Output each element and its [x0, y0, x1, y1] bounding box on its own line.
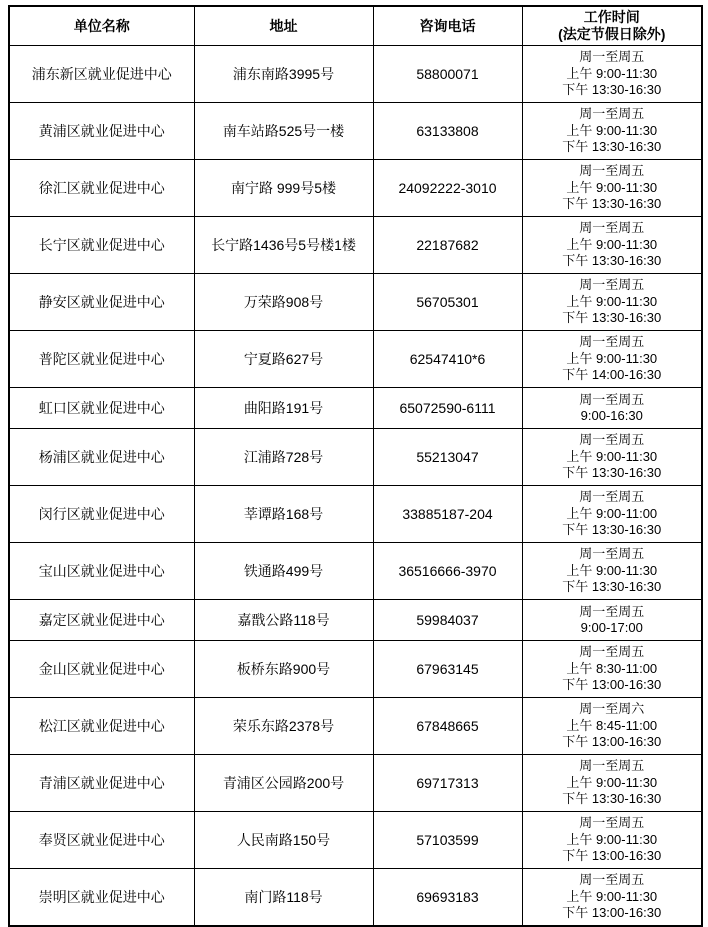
work-time-line: 周一至周五 — [527, 872, 698, 889]
address-cell: 荣乐东路2378号 — [194, 698, 373, 755]
work-time-cell: 周一至周五上午 9:00-11:30下午 13:30-16:30 — [522, 755, 702, 812]
unit-name-cell: 普陀区就业促进中心 — [9, 331, 194, 388]
address-cell: 万荣路908号 — [194, 274, 373, 331]
work-time: 周一至周五上午 9:00-11:30下午 13:00-16:30 — [527, 815, 698, 865]
phone-number: 33885187-204 — [402, 506, 492, 522]
table-row: 虹口区就业促进中心 曲阳路191号 65072590-6111 周一至周五9:0… — [9, 388, 702, 429]
work-time-cell: 周一至周五9:00-16:30 — [522, 388, 702, 429]
unit-name-cell: 静安区就业促进中心 — [9, 274, 194, 331]
work-time-line: 周一至周五 — [527, 815, 698, 832]
work-time-line: 周一至周五 — [527, 220, 698, 237]
address-cell: 铁通路499号 — [194, 543, 373, 600]
unit-name: 杨浦区就业促进中心 — [39, 449, 165, 465]
work-time-cell: 周一至周五上午 9:00-11:00下午 13:30-16:30 — [522, 486, 702, 543]
table-row: 宝山区就业促进中心 铁通路499号 36516666-3970 周一至周五上午 … — [9, 543, 702, 600]
work-time-line: 周一至周五 — [527, 546, 698, 563]
work-time-line: 周一至周五 — [527, 644, 698, 661]
phone-number: 36516666-3970 — [398, 563, 496, 579]
table-row: 长宁区就业促进中心 长宁路1436号5号楼1楼 22187682 周一至周五上午… — [9, 217, 702, 274]
column-header-line: 工作时间 — [527, 9, 698, 26]
work-time-cell: 周一至周五上午 9:00-11:30下午 13:30-16:30 — [522, 46, 702, 103]
table-row: 奉贤区就业促进中心 人民南路150号 57103599 周一至周五上午 9:00… — [9, 812, 702, 869]
column-header-line: (法定节假日除外) — [527, 26, 698, 43]
unit-name-cell: 奉贤区就业促进中心 — [9, 812, 194, 869]
unit-name: 嘉定区就业促进中心 — [39, 612, 165, 628]
address: 浦东南路3995号 — [233, 66, 334, 82]
work-time-line: 下午 13:30-16:30 — [527, 791, 698, 808]
phone-number: 24092222-3010 — [398, 180, 496, 196]
work-time-line: 下午 13:00-16:30 — [527, 905, 698, 922]
table-row: 崇明区就业促进中心 南门路118号 69693183 周一至周五上午 9:00-… — [9, 869, 702, 927]
phone-number: 58800071 — [416, 66, 478, 82]
work-time: 周一至周六上午 8:45-11:00下午 13:00-16:30 — [527, 701, 698, 751]
work-time-line: 上午 9:00-11:30 — [527, 351, 698, 368]
work-time-line: 下午 13:30-16:30 — [527, 579, 698, 596]
work-time-cell: 周一至周五上午 8:30-11:00下午 13:00-16:30 — [522, 641, 702, 698]
table-row: 普陀区就业促进中心 宁夏路627号 62547410*6 周一至周五上午 9:0… — [9, 331, 702, 388]
unit-name-cell: 松江区就业促进中心 — [9, 698, 194, 755]
work-time-cell: 周一至周五上午 9:00-11:30下午 13:30-16:30 — [522, 160, 702, 217]
phone-cell: 63133808 — [373, 103, 522, 160]
phone-number: 57103599 — [416, 832, 478, 848]
work-time-line: 下午 14:00-16:30 — [527, 367, 698, 384]
phone-cell: 22187682 — [373, 217, 522, 274]
unit-name: 闵行区就业促进中心 — [39, 506, 165, 522]
address-cell: 长宁路1436号5号楼1楼 — [194, 217, 373, 274]
unit-name-cell: 徐汇区就业促进中心 — [9, 160, 194, 217]
table-row: 松江区就业促进中心 荣乐东路2378号 67848665 周一至周六上午 8:4… — [9, 698, 702, 755]
unit-name-cell: 长宁区就业促进中心 — [9, 217, 194, 274]
unit-name: 虹口区就业促进中心 — [39, 400, 165, 416]
unit-name: 浦东新区就业促进中心 — [32, 66, 172, 82]
unit-name: 宝山区就业促进中心 — [39, 563, 165, 579]
address-cell: 江浦路728号 — [194, 429, 373, 486]
table-row: 嘉定区就业促进中心 嘉戬公路118号 59984037 周一至周五9:00-17… — [9, 600, 702, 641]
work-time-cell: 周一至周五上午 9:00-11:30下午 13:30-16:30 — [522, 543, 702, 600]
column-header: 咨询电话 — [373, 6, 522, 46]
work-time-line: 上午 9:00-11:30 — [527, 832, 698, 849]
address-cell: 莘谭路168号 — [194, 486, 373, 543]
phone-cell: 69717313 — [373, 755, 522, 812]
address-cell: 嘉戬公路118号 — [194, 600, 373, 641]
phone-cell: 62547410*6 — [373, 331, 522, 388]
table-row: 闵行区就业促进中心 莘谭路168号 33885187-204 周一至周五上午 9… — [9, 486, 702, 543]
work-time-line: 上午 8:45-11:00 — [527, 718, 698, 735]
address-cell: 南门路118号 — [194, 869, 373, 927]
work-time-line: 周一至周六 — [527, 701, 698, 718]
unit-name: 长宁区就业促进中心 — [39, 237, 165, 253]
table-row: 静安区就业促进中心 万荣路908号 56705301 周一至周五上午 9:00-… — [9, 274, 702, 331]
work-time-cell: 周一至周五上午 9:00-11:30下午 13:30-16:30 — [522, 274, 702, 331]
work-time-cell: 周一至周六上午 8:45-11:00下午 13:00-16:30 — [522, 698, 702, 755]
work-time-line: 周一至周五 — [527, 392, 698, 409]
work-time-line: 下午 13:30-16:30 — [527, 82, 698, 99]
work-time-line: 下午 13:00-16:30 — [527, 677, 698, 694]
unit-name-cell: 金山区就业促进中心 — [9, 641, 194, 698]
table-row: 青浦区就业促进中心 青浦区公园路200号 69717313 周一至周五上午 9:… — [9, 755, 702, 812]
table-head: 单位名称地址咨询电话工作时间(法定节假日除外) — [9, 6, 702, 46]
address: 嘉戬公路118号 — [237, 612, 329, 628]
work-time-cell: 周一至周五上午 9:00-11:30下午 14:00-16:30 — [522, 331, 702, 388]
phone-cell: 56705301 — [373, 274, 522, 331]
work-time-line: 周一至周五 — [527, 604, 698, 621]
work-time-cell: 周一至周五上午 9:00-11:30下午 13:00-16:30 — [522, 869, 702, 927]
column-header-line: 单位名称 — [14, 18, 190, 35]
phone-number: 67963145 — [416, 661, 478, 677]
work-time-line: 上午 9:00-11:30 — [527, 294, 698, 311]
work-time-line: 周一至周五 — [527, 277, 698, 294]
work-time-cell: 周一至周五上午 9:00-11:30下午 13:00-16:30 — [522, 812, 702, 869]
unit-name-cell: 嘉定区就业促进中心 — [9, 600, 194, 641]
phone-number: 22187682 — [416, 237, 478, 253]
work-time-line: 下午 13:30-16:30 — [527, 522, 698, 539]
address: 南宁路 999号5楼 — [231, 180, 336, 196]
phone-number: 62547410*6 — [410, 351, 486, 367]
phone-cell: 67963145 — [373, 641, 522, 698]
address: 宁夏路627号 — [244, 351, 323, 367]
work-time: 周一至周五上午 9:00-11:30下午 13:30-16:30 — [527, 432, 698, 482]
unit-name: 松江区就业促进中心 — [39, 718, 165, 734]
phone-cell: 59984037 — [373, 600, 522, 641]
work-time-cell: 周一至周五上午 9:00-11:30下午 13:30-16:30 — [522, 429, 702, 486]
address-cell: 南车站路525号一楼 — [194, 103, 373, 160]
work-time-line: 周一至周五 — [527, 758, 698, 775]
phone-number: 65072590-6111 — [399, 400, 495, 416]
phone-number: 63133808 — [416, 123, 478, 139]
phone-number: 55213047 — [416, 449, 478, 465]
table-row: 徐汇区就业促进中心 南宁路 999号5楼 24092222-3010 周一至周五… — [9, 160, 702, 217]
unit-name-cell: 虹口区就业促进中心 — [9, 388, 194, 429]
unit-name: 普陀区就业促进中心 — [39, 351, 165, 367]
work-time: 周一至周五上午 9:00-11:30下午 13:30-16:30 — [527, 49, 698, 99]
work-time-line: 上午 9:00-11:30 — [527, 775, 698, 792]
unit-name: 黄浦区就业促进中心 — [39, 123, 165, 139]
work-time-line: 周一至周五 — [527, 432, 698, 449]
address-cell: 南宁路 999号5楼 — [194, 160, 373, 217]
work-time-line: 下午 13:30-16:30 — [527, 196, 698, 213]
work-time-cell: 周一至周五上午 9:00-11:30下午 13:30-16:30 — [522, 217, 702, 274]
address-cell: 青浦区公园路200号 — [194, 755, 373, 812]
column-header: 地址 — [194, 6, 373, 46]
address: 曲阳路191号 — [244, 400, 323, 416]
address: 铁通路499号 — [244, 563, 323, 579]
work-time: 周一至周五上午 9:00-11:30下午 13:30-16:30 — [527, 546, 698, 596]
work-time-line: 上午 9:00-11:30 — [527, 449, 698, 466]
address-cell: 曲阳路191号 — [194, 388, 373, 429]
phone-cell: 55213047 — [373, 429, 522, 486]
unit-name: 静安区就业促进中心 — [39, 294, 165, 310]
work-time-cell: 周一至周五9:00-17:00 — [522, 600, 702, 641]
work-time-line: 上午 9:00-11:30 — [527, 180, 698, 197]
work-time: 周一至周五9:00-17:00 — [527, 604, 698, 637]
address: 长宁路1436号5号楼1楼 — [211, 237, 356, 253]
work-time: 周一至周五上午 9:00-11:30下午 13:30-16:30 — [527, 163, 698, 213]
unit-name: 金山区就业促进中心 — [39, 661, 165, 677]
table-row: 浦东新区就业促进中心 浦东南路3995号 58800071 周一至周五上午 9:… — [9, 46, 702, 103]
address: 板桥东路900号 — [237, 661, 330, 677]
work-time-line: 上午 9:00-11:30 — [527, 889, 698, 906]
column-header-line: 地址 — [199, 18, 369, 35]
employment-centers-table: 单位名称地址咨询电话工作时间(法定节假日除外) 浦东新区就业促进中心 浦东南路3… — [8, 5, 703, 927]
work-time-line: 下午 13:30-16:30 — [527, 139, 698, 156]
phone-number: 69693183 — [416, 889, 478, 905]
unit-name-cell: 崇明区就业促进中心 — [9, 869, 194, 927]
work-time: 周一至周五上午 9:00-11:30下午 13:00-16:30 — [527, 872, 698, 922]
address: 莘谭路168号 — [244, 506, 323, 522]
phone-cell: 36516666-3970 — [373, 543, 522, 600]
phone-cell: 24092222-3010 — [373, 160, 522, 217]
address-cell: 人民南路150号 — [194, 812, 373, 869]
work-time-line: 下午 13:00-16:30 — [527, 848, 698, 865]
address-cell: 板桥东路900号 — [194, 641, 373, 698]
column-header: 单位名称 — [9, 6, 194, 46]
table-row: 黄浦区就业促进中心 南车站路525号一楼 63133808 周一至周五上午 9:… — [9, 103, 702, 160]
work-time-line: 上午 8:30-11:00 — [527, 661, 698, 678]
header-row: 单位名称地址咨询电话工作时间(法定节假日除外) — [9, 6, 702, 46]
work-time-line: 周一至周五 — [527, 49, 698, 66]
unit-name-cell: 浦东新区就业促进中心 — [9, 46, 194, 103]
address: 人民南路150号 — [237, 832, 330, 848]
column-header-line: 咨询电话 — [378, 18, 518, 35]
phone-cell: 69693183 — [373, 869, 522, 927]
table-row: 杨浦区就业促进中心 江浦路728号 55213047 周一至周五上午 9:00-… — [9, 429, 702, 486]
work-time: 周一至周五上午 9:00-11:00下午 13:30-16:30 — [527, 489, 698, 539]
phone-number: 59984037 — [416, 612, 478, 628]
address-cell: 浦东南路3995号 — [194, 46, 373, 103]
address: 南车站路525号一楼 — [223, 123, 344, 139]
work-time-line: 周一至周五 — [527, 163, 698, 180]
work-time: 周一至周五上午 9:00-11:30下午 13:30-16:30 — [527, 106, 698, 156]
unit-name: 青浦区就业促进中心 — [39, 775, 165, 791]
unit-name: 徐汇区就业促进中心 — [39, 180, 165, 196]
phone-cell: 33885187-204 — [373, 486, 522, 543]
work-time-line: 9:00-17:00 — [527, 620, 698, 637]
phone-cell: 65072590-6111 — [373, 388, 522, 429]
address: 万荣路908号 — [244, 294, 323, 310]
work-time: 周一至周五9:00-16:30 — [527, 392, 698, 425]
unit-name: 崇明区就业促进中心 — [39, 889, 165, 905]
phone-cell: 67848665 — [373, 698, 522, 755]
work-time-line: 周一至周五 — [527, 106, 698, 123]
phone-cell: 57103599 — [373, 812, 522, 869]
work-time-line: 9:00-16:30 — [527, 408, 698, 425]
unit-name: 奉贤区就业促进中心 — [39, 832, 165, 848]
table-body: 浦东新区就业促进中心 浦东南路3995号 58800071 周一至周五上午 9:… — [9, 46, 702, 927]
work-time-line: 上午 9:00-11:30 — [527, 123, 698, 140]
work-time: 周一至周五上午 9:00-11:30下午 13:30-16:30 — [527, 758, 698, 808]
work-time-line: 下午 13:30-16:30 — [527, 253, 698, 270]
work-time: 周一至周五上午 9:00-11:30下午 13:30-16:30 — [527, 220, 698, 270]
work-time-line: 上午 9:00-11:30 — [527, 66, 698, 83]
work-time: 周一至周五上午 9:00-11:30下午 14:00-16:30 — [527, 334, 698, 384]
unit-name-cell: 闵行区就业促进中心 — [9, 486, 194, 543]
unit-name-cell: 杨浦区就业促进中心 — [9, 429, 194, 486]
phone-number: 56705301 — [416, 294, 478, 310]
address: 江浦路728号 — [244, 449, 323, 465]
work-time-line: 下午 13:30-16:30 — [527, 465, 698, 482]
address: 青浦区公园路200号 — [223, 775, 344, 791]
work-time: 周一至周五上午 8:30-11:00下午 13:00-16:30 — [527, 644, 698, 694]
phone-cell: 58800071 — [373, 46, 522, 103]
work-time-line: 上午 9:00-11:00 — [527, 506, 698, 523]
unit-name-cell: 青浦区就业促进中心 — [9, 755, 194, 812]
column-header: 工作时间(法定节假日除外) — [522, 6, 702, 46]
address: 南门路118号 — [244, 889, 322, 905]
phone-number: 69717313 — [416, 775, 478, 791]
work-time-line: 下午 13:30-16:30 — [527, 310, 698, 327]
page: 单位名称地址咨询电话工作时间(法定节假日除外) 浦东新区就业促进中心 浦东南路3… — [0, 0, 708, 901]
address: 荣乐东路2378号 — [233, 718, 334, 734]
unit-name-cell: 黄浦区就业促进中心 — [9, 103, 194, 160]
work-time-line: 周一至周五 — [527, 334, 698, 351]
work-time-line: 下午 13:00-16:30 — [527, 734, 698, 751]
work-time-line: 周一至周五 — [527, 489, 698, 506]
address-cell: 宁夏路627号 — [194, 331, 373, 388]
phone-number: 67848665 — [416, 718, 478, 734]
work-time: 周一至周五上午 9:00-11:30下午 13:30-16:30 — [527, 277, 698, 327]
work-time-line: 上午 9:00-11:30 — [527, 563, 698, 580]
work-time-cell: 周一至周五上午 9:00-11:30下午 13:30-16:30 — [522, 103, 702, 160]
table-row: 金山区就业促进中心 板桥东路900号 67963145 周一至周五上午 8:30… — [9, 641, 702, 698]
unit-name-cell: 宝山区就业促进中心 — [9, 543, 194, 600]
work-time-line: 上午 9:00-11:30 — [527, 237, 698, 254]
